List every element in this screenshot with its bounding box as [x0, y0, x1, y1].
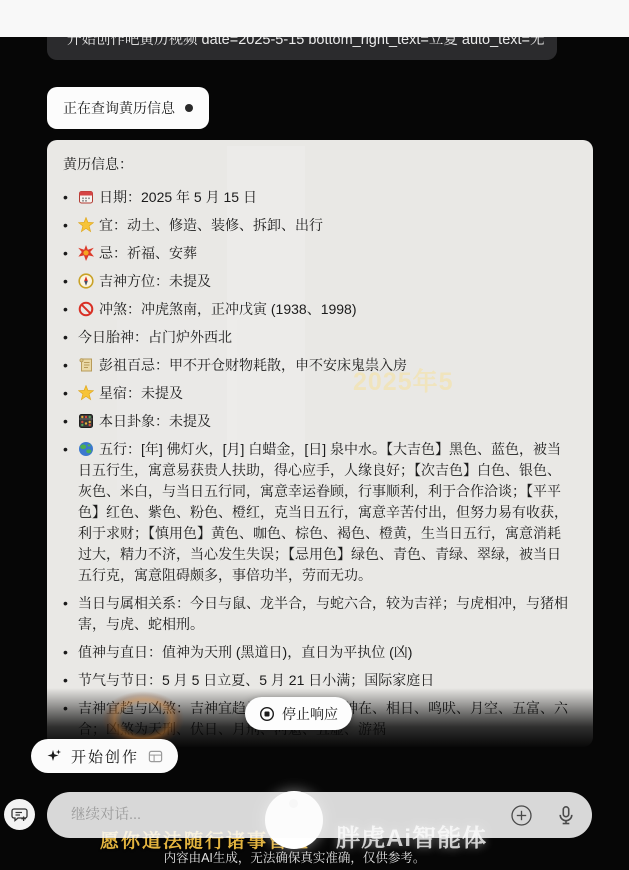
item-text: 本日卦象：未提及 [99, 413, 211, 429]
item-text: 值神与直日：值神为天刑 (黑道日)，直日为平执位 (凶) [78, 644, 412, 660]
item-text: 五行：[年] 佛灯火，[月] 白蜡金，[日] 泉中水。【大吉色】黑色、蓝色，被当… [78, 441, 568, 583]
status-text: 正在查询黄历信息 [63, 98, 175, 118]
new-chat-icon [10, 805, 29, 824]
list-item: 宜：动土、修造、装修、拆卸、出行 [63, 215, 573, 236]
item-text: 彭祖百忌：甲不开仓财物耗散，申不安床鬼祟入房 [99, 357, 407, 373]
stop-response-button[interactable]: 停止响应 [245, 697, 352, 730]
plus-circle-icon [510, 804, 533, 827]
almanac-list: 日期：2025 年 5 月 15 日 宜：动土、修造、装修、拆卸、出行 忌：祈福… [63, 187, 573, 740]
list-item: 值神与直日：值神为天刑 (黑道日)，直日为平执位 (凶) [63, 642, 573, 663]
item-text: 星宿：未提及 [99, 385, 183, 401]
scroll-icon [78, 357, 94, 373]
globe-icon [78, 441, 94, 457]
list-item: 日期：2025 年 5 月 15 日 [63, 187, 573, 208]
item-text: 节气与节日：5 月 5 日立夏、5 月 21 日小满；国际家庭日 [78, 672, 434, 688]
chat-screen: 开始创作吧黄历视频 date=2025-5-15 bottom_right_te… [0, 0, 629, 870]
list-item: 今日胎神：占门炉外西北 [63, 327, 573, 348]
item-text: 今日胎神：占门炉外西北 [78, 329, 232, 345]
burst-icon [78, 245, 94, 261]
microphone-icon [556, 805, 576, 826]
stop-response-label: 停止响应 [282, 704, 338, 724]
start-create-button[interactable]: 开始创作 [31, 739, 178, 773]
sparkles-icon [46, 748, 62, 764]
abacus-icon [78, 413, 94, 429]
start-create-label: 开始创作 [71, 746, 139, 767]
chat-input[interactable] [69, 806, 510, 824]
almanac-card: 2025年5 黄历信息： 日期：2025 年 5 月 15 日 宜：动土、修造、… [47, 140, 593, 747]
item-text: 当日与属相关系：今日与鼠、龙半合，与蛇六合，较为吉祥；与虎相冲，与猪相害，与虎、… [78, 595, 568, 632]
card-title: 黄历信息： [63, 154, 573, 175]
list-item: 忌：祈福、安葬 [63, 243, 573, 264]
status-bubble: 正在查询黄历信息 [47, 87, 209, 129]
composer-bar [47, 792, 592, 838]
list-item: 彭祖百忌：甲不开仓财物耗散，申不安床鬼祟入房 [63, 355, 573, 376]
list-item: 五行：[年] 佛灯火，[月] 白蜡金，[日] 泉中水。【大吉色】黑色、蓝色，被当… [63, 439, 573, 586]
attach-button[interactable] [510, 804, 533, 827]
no-entry-icon [78, 301, 94, 317]
list-item: 节气与节日：5 月 5 日立夏、5 月 21 日小满；国际家庭日 [63, 670, 573, 691]
list-item: 当日与属相关系：今日与鼠、龙半合，与蛇六合，较为吉祥；与虎相冲，与猪相害，与虎、… [63, 593, 573, 635]
list-item: 星宿：未提及 [63, 383, 573, 404]
composer-divider [544, 805, 545, 825]
voice-input-button[interactable] [556, 805, 576, 826]
item-text: 忌：祈福、安葬 [99, 245, 197, 261]
ai-disclaimer: 内容由AI生成，无法确保真实准确，仅供参考。 [0, 848, 609, 866]
list-item: 本日卦象：未提及 [63, 411, 573, 432]
item-text: 吉神方位：未提及 [99, 273, 211, 289]
calendar-icon [78, 189, 94, 205]
list-item: 冲煞：冲虎煞南，正冲戊寅 (1938、1998) [63, 299, 573, 320]
app-grid-icon [148, 749, 163, 764]
star-icon [78, 217, 94, 233]
list-item: 吉神方位：未提及 [63, 271, 573, 292]
stop-icon [259, 706, 275, 722]
top-white-bar [0, 0, 629, 37]
item-text: 冲煞：冲虎煞南，正冲戊寅 (1938、1998) [99, 301, 357, 317]
star-icon [78, 385, 94, 401]
new-chat-button[interactable] [4, 799, 35, 830]
loading-dot-icon [185, 104, 193, 112]
compass-icon [78, 273, 94, 289]
item-text: 宜：动土、修造、装修、拆卸、出行 [99, 217, 323, 233]
item-text: 日期：2025 年 5 月 15 日 [99, 189, 257, 205]
